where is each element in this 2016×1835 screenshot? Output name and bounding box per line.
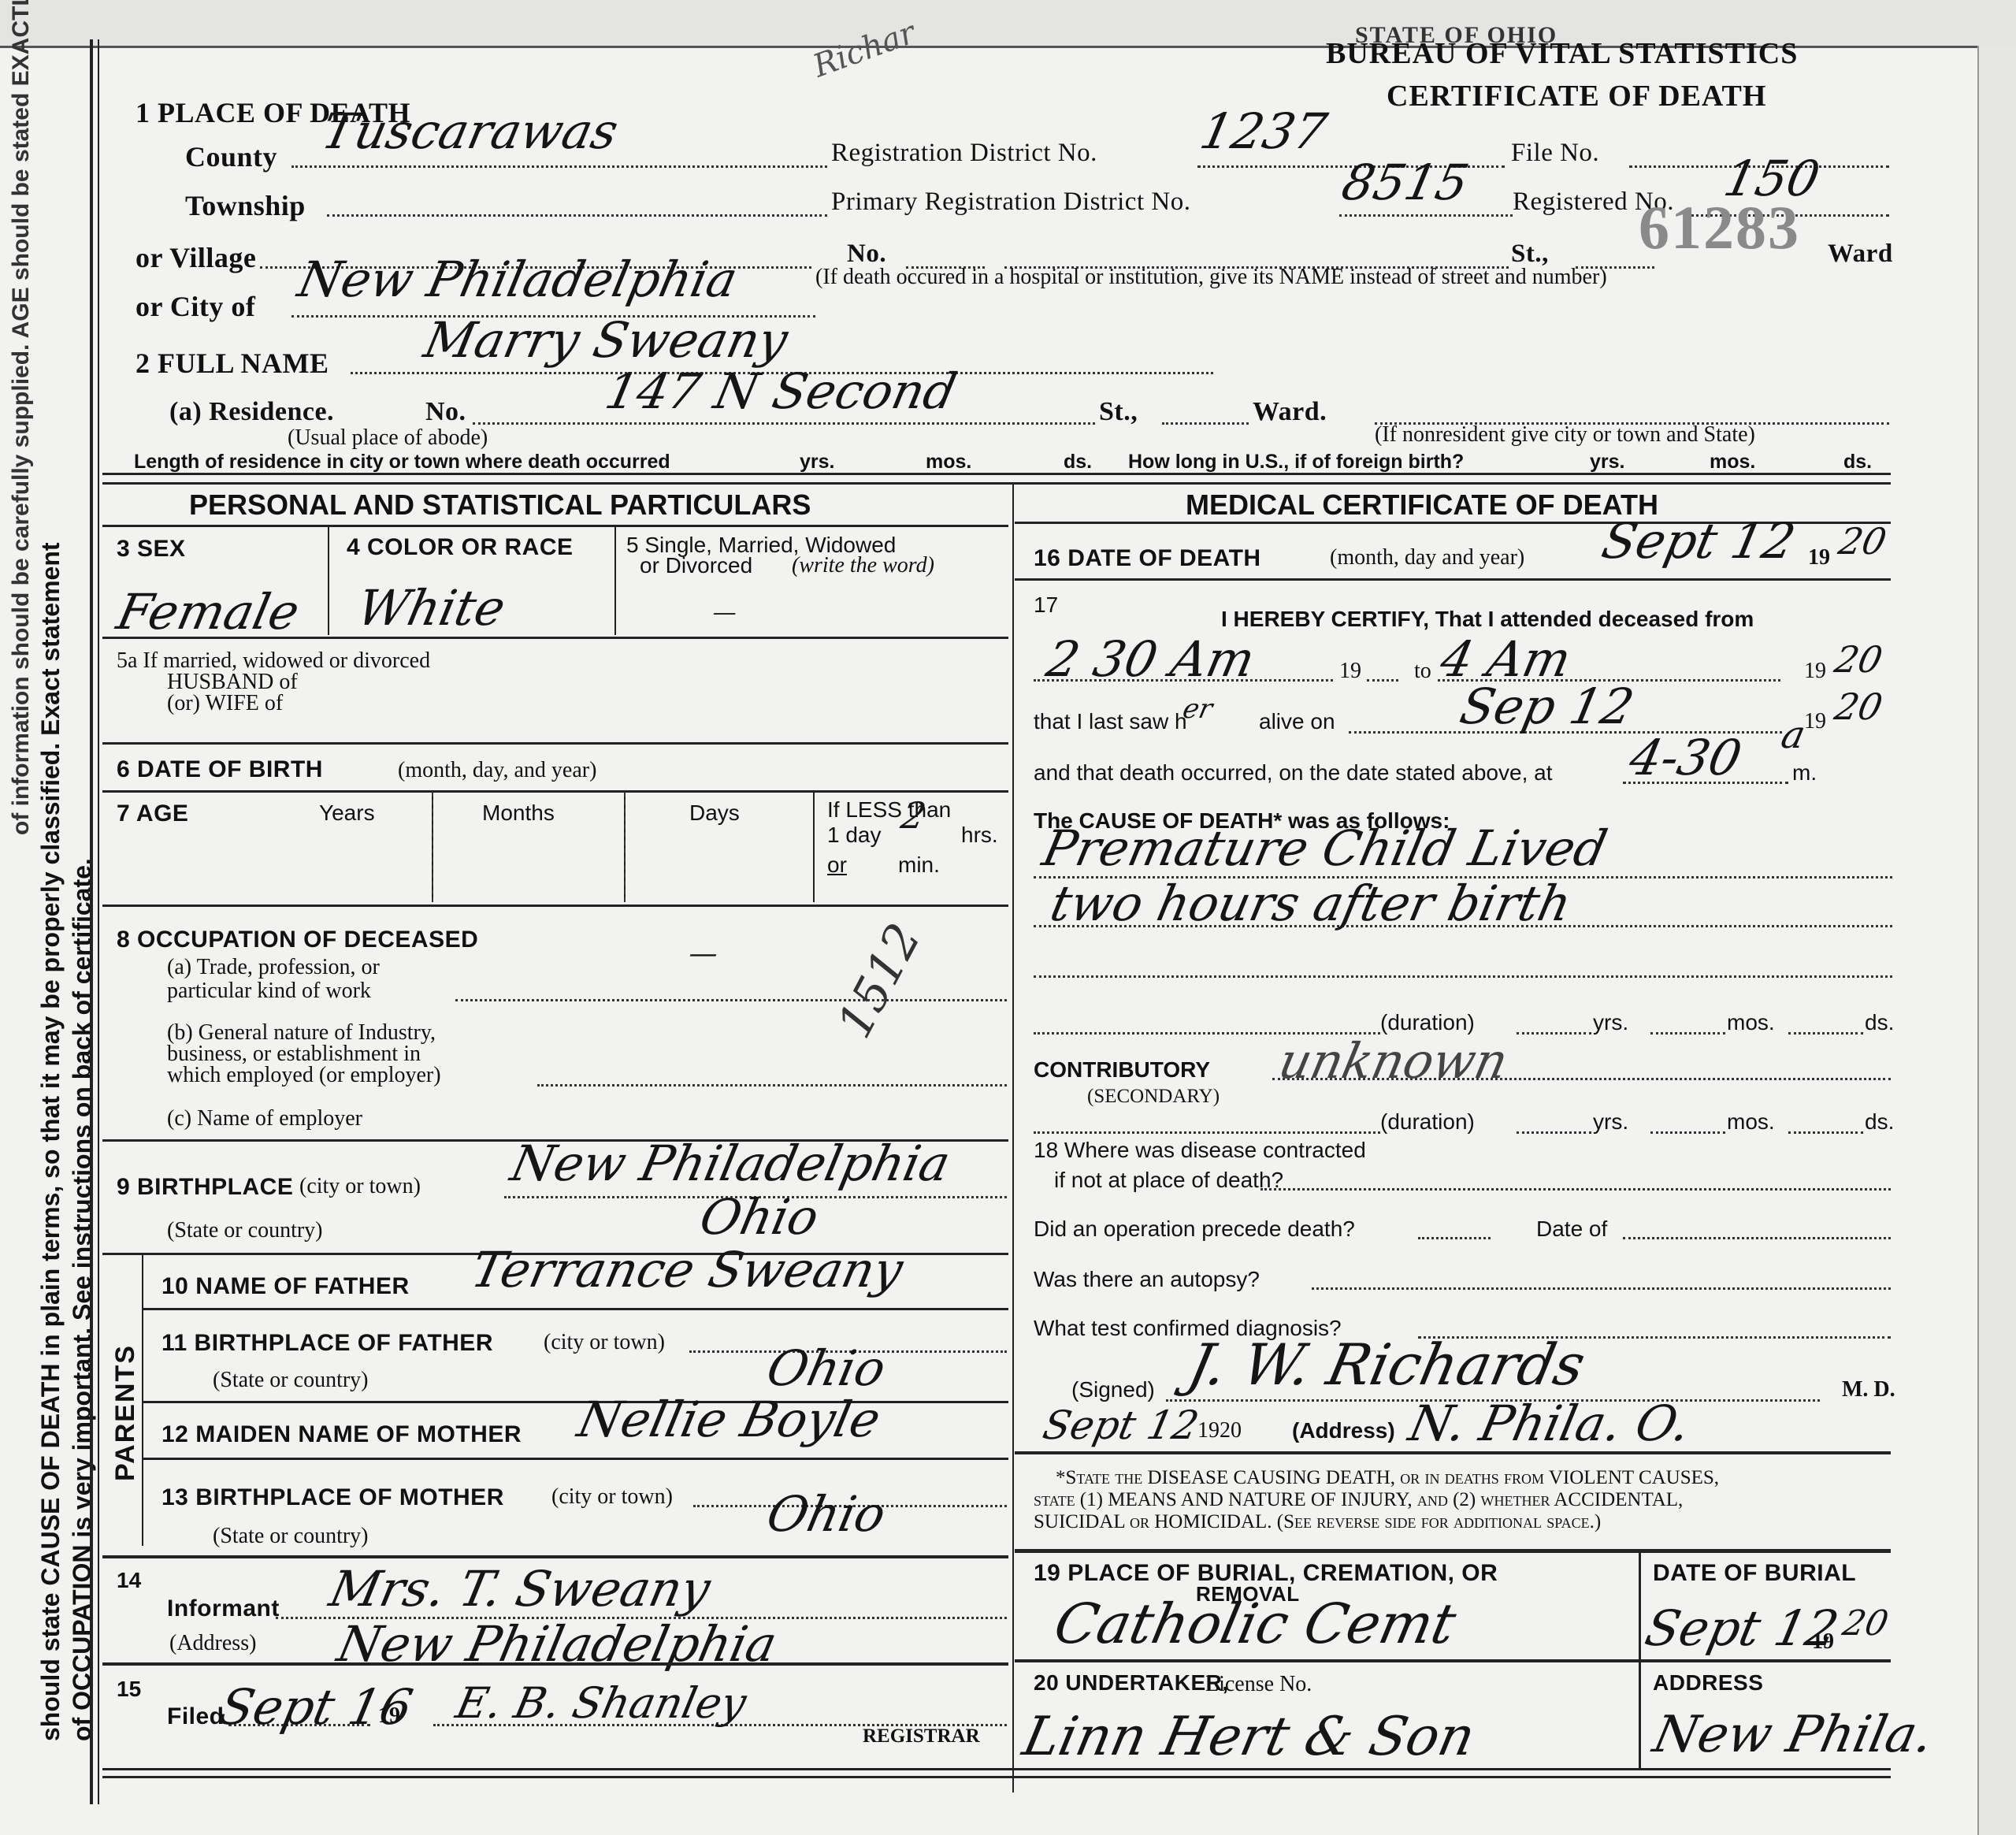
father-value[interactable]: Terrance Sweany <box>466 1241 908 1298</box>
signed-date-value[interactable]: Sept 12 <box>1039 1402 1203 1448</box>
occupation-a-label-1: (a) Trade, profession, or <box>167 955 380 980</box>
informant-num: 14 <box>117 1568 141 1593</box>
duration-yrs-line-2 <box>1517 1131 1591 1134</box>
cell-divider <box>614 526 616 635</box>
personal-heading: PERSONAL AND STATISTICAL PARTICULARS <box>189 488 811 522</box>
residence-label: (a) Residence. <box>169 397 334 427</box>
mother-birthplace-state-label: (State or country) <box>213 1524 369 1549</box>
rule <box>102 742 1008 745</box>
bureau-title: BUREAU OF VITAL STATISTICS <box>1326 36 1798 71</box>
cause-line-3 <box>1034 975 1892 978</box>
dod-hint: (month, day and year) <box>1330 545 1524 570</box>
bottom-rule-2 <box>102 1776 1891 1778</box>
dod-year-prefix: 19 <box>1808 545 1830 570</box>
death-time-value[interactable]: 4-30 <box>1624 729 1747 786</box>
certificate-title: CERTIFICATE OF DEATH <box>1387 79 1766 113</box>
informant-label: Informant <box>167 1595 280 1622</box>
duration-mos: mos. <box>1727 1010 1775 1035</box>
city-value[interactable]: New Philadelphia <box>293 251 742 308</box>
operation-date-line <box>1623 1237 1891 1239</box>
informant-value[interactable]: Mrs. T. Sweany <box>325 1560 715 1618</box>
township-label: Township <box>185 189 306 222</box>
death-time-label: and that death occurred, on the date sta… <box>1034 760 1552 786</box>
parents-side-label: PARENTS <box>110 1344 141 1481</box>
duration-label-2: (duration) <box>1380 1109 1475 1135</box>
occupation-heading: 8 OCCUPATION OF DECEASED <box>117 927 478 953</box>
village-label: or Village <box>136 241 256 274</box>
duration-yrs-2: yrs. <box>1593 1109 1628 1135</box>
filed-num: 15 <box>117 1677 141 1702</box>
signed-label: (Signed) <box>1071 1377 1155 1402</box>
registrar-label: REGISTRAR <box>863 1725 980 1748</box>
signed-year: 1920 <box>1197 1418 1242 1443</box>
secondary-label: (SECONDARY) <box>1087 1086 1220 1108</box>
operation-label: Did an operation precede death? <box>1034 1217 1355 1242</box>
city-label: or City of <box>136 290 255 323</box>
q18-label-1: 18 Where was disease contracted <box>1034 1138 1366 1163</box>
dob-label: 6 DATE OF BIRTH <box>117 756 323 783</box>
rule <box>143 1308 1008 1310</box>
marital-label-3: (write the word) <box>792 553 934 578</box>
contributory-value[interactable]: unknown <box>1274 1032 1513 1090</box>
primary-registration-value[interactable]: 8515 <box>1337 154 1473 211</box>
registration-district-value[interactable]: 1237 <box>1195 102 1331 160</box>
residence-no-label: No. <box>425 397 466 427</box>
race-label: 4 COLOR OR RACE <box>347 534 574 561</box>
footnote-line-1: *State the DISEASE CAUSING DEATH, or in … <box>1056 1467 1719 1489</box>
q18-line <box>1260 1188 1891 1191</box>
burial-year-suffix[interactable]: 20 <box>1840 1603 1892 1644</box>
marital-label-2: or Divorced <box>640 553 752 578</box>
township-field-line <box>327 214 827 217</box>
father-birthplace-hint: (city or town) <box>544 1330 665 1355</box>
primary-registration-label: Primary Registration District No. <box>831 188 1190 217</box>
bottom-rule <box>102 1768 1891 1770</box>
mother-birthplace-hint: (city or town) <box>551 1484 673 1510</box>
occupation-a-label-2: particular kind of work <box>167 979 371 1004</box>
burial-year-prefix: 19 <box>1812 1629 1834 1655</box>
section-divider-top <box>102 473 1891 475</box>
file-no-label: File No. <box>1511 139 1599 168</box>
footnote-line-2: state (1) MEANS AND NATURE OF INJURY, an… <box>1034 1489 1683 1511</box>
residence-ward-line <box>1162 422 1249 425</box>
to-year-suffix[interactable]: 20 <box>1831 638 1886 681</box>
duration-mos-line-2 <box>1650 1131 1725 1134</box>
dod-year-suffix[interactable]: 20 <box>1835 520 1890 563</box>
to-year-prefix: 19 <box>1804 659 1826 684</box>
last-saw-year-suffix[interactable]: 20 <box>1831 685 1886 728</box>
occupation-b-label-3: which employed (or employer) <box>167 1063 441 1088</box>
sex-value[interactable]: Female <box>112 583 304 641</box>
duration-ds: ds. <box>1865 1010 1894 1035</box>
age-days-label: Days <box>689 800 740 826</box>
registrar-signature[interactable]: E. B. Shanley <box>451 1678 751 1728</box>
autopsy-line <box>1312 1287 1891 1290</box>
dob-hint: (month, day, and year) <box>398 758 596 783</box>
item-17-num: 17 <box>1034 592 1058 618</box>
mother-birthplace-label: 13 BIRTHPLACE OF MOTHER <box>162 1484 504 1511</box>
margin-instruction-line2: should state CAUSE OF DEATH in plain ter… <box>36 542 65 1741</box>
race-value[interactable]: White <box>352 579 510 637</box>
left-border-rule <box>90 39 93 1804</box>
less-than-label: If LESS than <box>827 797 951 823</box>
age-divider <box>813 792 815 902</box>
left-border-rule-inner <box>98 39 99 1804</box>
occupation-a-line <box>455 999 1007 1001</box>
foreign-ds: ds. <box>1843 451 1872 474</box>
rule <box>102 525 1008 527</box>
section-divider-bottom <box>102 482 1891 485</box>
residence-value[interactable]: 147 N Second <box>600 362 961 420</box>
rule <box>102 637 1008 639</box>
mother-birthplace-value[interactable]: Ohio <box>762 1485 890 1543</box>
attended-from-value[interactable]: 2 30 Am <box>1041 630 1260 688</box>
dod-value[interactable]: Sept 12 <box>1597 512 1800 570</box>
birthplace-city-value[interactable]: New Philadelphia <box>506 1135 955 1192</box>
last-saw-label: that I last saw h <box>1034 709 1187 734</box>
father-birthplace-label: 11 BIRTHPLACE OF FATHER <box>162 1330 493 1357</box>
father-label: 10 NAME OF FATHER <box>162 1273 410 1300</box>
county-field-line <box>291 165 827 168</box>
alive-on-label: alive on <box>1259 709 1335 734</box>
age-label: 7 AGE <box>117 800 188 827</box>
residence-st-label: St., <box>1099 397 1138 427</box>
footnote-line-3: SUICIDAL or HOMICIDAL. (See reverse side… <box>1034 1511 1601 1533</box>
rule <box>143 1458 1008 1460</box>
from-year-line <box>1367 679 1398 682</box>
hrs-label: hrs. <box>961 823 998 848</box>
rule-heavy <box>1015 1451 1891 1454</box>
physician-signature[interactable]: J. W. Richards <box>1182 1332 1591 1398</box>
county-label: County <box>185 140 277 173</box>
residence-ds: ds. <box>1064 451 1092 474</box>
stamped-number: 61283 <box>1639 192 1800 263</box>
rule-heavy <box>102 1662 1008 1666</box>
md-label: M. D. <box>1842 1377 1895 1402</box>
medical-heading: MEDICAL CERTIFICATE OF DEATH <box>1186 488 1658 522</box>
signed-address-label: (Address) <box>1292 1418 1395 1443</box>
autopsy-label: Was there an autopsy? <box>1034 1267 1260 1292</box>
undertaker-address-label: ADDRESS <box>1653 1670 1763 1696</box>
duration-line-2 <box>1034 1131 1380 1134</box>
burial-date-label: DATE OF BURIAL <box>1653 1560 1856 1587</box>
operation-line <box>1418 1237 1491 1239</box>
scan-right-edge <box>1977 46 2016 1835</box>
column-divider <box>1012 485 1014 1792</box>
signed-address-value[interactable]: N. Phila. O. <box>1404 1395 1695 1452</box>
certify-text: I HEREBY CERTIFY, That I attended deceas… <box>1221 607 1754 632</box>
undertaker-label: 20 UNDERTAKER, <box>1034 1670 1229 1696</box>
ward-label: Ward <box>1828 240 1893 269</box>
mother-maiden-value[interactable]: Nellie Boyle <box>573 1391 885 1448</box>
parents-divider <box>142 1254 143 1546</box>
one-day-label: 1 day <box>827 823 882 848</box>
spouse-label-3: (or) WIFE of <box>167 691 283 716</box>
registration-district-label: Registration District No. <box>831 139 1097 168</box>
hospital-note: (If death occured in a hospital or insti… <box>815 265 1607 290</box>
mother-maiden-label: 12 MAIDEN NAME OF MOTHER <box>162 1421 522 1448</box>
foreign-birth-label: How long in U.S., if of foreign birth? <box>1128 451 1464 474</box>
age-years-label: Years <box>319 800 375 826</box>
contributory-label: CONTRIBUTORY <box>1034 1057 1210 1083</box>
license-label: License No. <box>1205 1672 1312 1697</box>
rule-heavy <box>102 1555 1008 1558</box>
age-divider <box>432 792 433 902</box>
occupation-b-line <box>537 1084 1007 1087</box>
residence-line <box>473 422 1095 425</box>
occupation-c-label: (c) Name of employer <box>167 1106 362 1131</box>
q18-label-2: if not at place of death? <box>1054 1168 1283 1193</box>
cause-value-1[interactable]: Premature Child Lived <box>1038 819 1612 877</box>
rule <box>1015 578 1891 581</box>
foreign-yrs: yrs. <box>1590 451 1624 474</box>
age-divider <box>624 792 626 902</box>
nonresident-note: (If nonresident give city or town and St… <box>1375 422 1755 448</box>
duration-yrs-line <box>1517 1032 1591 1035</box>
full-name-value[interactable]: Marry Sweany <box>419 311 793 369</box>
burial-place-value[interactable]: Catholic Cemt <box>1049 1592 1461 1656</box>
birthplace-hint: (city or town) <box>299 1174 421 1199</box>
rule <box>102 790 1008 793</box>
duration-mos-line <box>1650 1032 1725 1035</box>
or-label: or <box>827 852 847 878</box>
informant-address-label: (Address) <box>169 1631 256 1656</box>
father-birthplace-value[interactable]: Ohio <box>762 1339 890 1397</box>
rule <box>102 904 1008 907</box>
rule-heavy <box>1015 1549 1891 1553</box>
length-of-residence-label: Length of residence in city or town wher… <box>134 451 670 474</box>
min-label: min. <box>898 852 940 878</box>
duration-yrs: yrs. <box>1593 1010 1628 1035</box>
foreign-mos: mos. <box>1710 451 1755 474</box>
dod-label: 16 DATE OF DEATH <box>1034 545 1261 572</box>
residence-yrs: yrs. <box>800 451 834 474</box>
birthplace-state-value[interactable]: Ohio <box>695 1188 823 1246</box>
undertaker-address-value[interactable]: New Phila. <box>1648 1706 1938 1764</box>
birthplace-label: 9 BIRTHPLACE <box>117 1174 293 1201</box>
last-saw-date-value[interactable]: Sep 12 <box>1455 678 1639 735</box>
full-name-label: 2 FULL NAME <box>136 347 329 380</box>
primary-registration-line <box>1339 214 1513 217</box>
duration-ds-2: ds. <box>1865 1109 1894 1135</box>
death-time-m: m. <box>1792 760 1817 786</box>
duration-ds-line-2 <box>1788 1131 1863 1134</box>
father-birthplace-state-label: (State or country) <box>213 1368 369 1393</box>
residence-mos: mos. <box>926 451 971 474</box>
undertaker-value[interactable]: Linn Hert & Son <box>1018 1706 1480 1768</box>
margin-instruction-line1: of information should be carefully suppl… <box>8 0 35 835</box>
abode-note: (Usual place of abode) <box>288 425 488 451</box>
cause-value-2[interactable]: two hours after birth <box>1045 875 1576 932</box>
birthplace-state-label: (State or country) <box>167 1218 323 1243</box>
rule-heavy <box>1015 1659 1891 1662</box>
sex-label: 3 SEX <box>117 536 186 563</box>
duration-mos-2: mos. <box>1727 1109 1775 1135</box>
operation-date-label: Date of <box>1536 1217 1607 1242</box>
county-value[interactable]: Tuscarawas <box>317 102 623 160</box>
duration-ds-line <box>1788 1032 1863 1035</box>
cell-divider <box>328 526 329 635</box>
to-label: to <box>1414 659 1431 684</box>
age-months-label: Months <box>482 800 555 826</box>
from-year-label: 19 <box>1339 659 1361 684</box>
filed-year-prefix: 19 <box>378 1703 400 1729</box>
residence-ward-label: Ward. <box>1253 397 1327 427</box>
